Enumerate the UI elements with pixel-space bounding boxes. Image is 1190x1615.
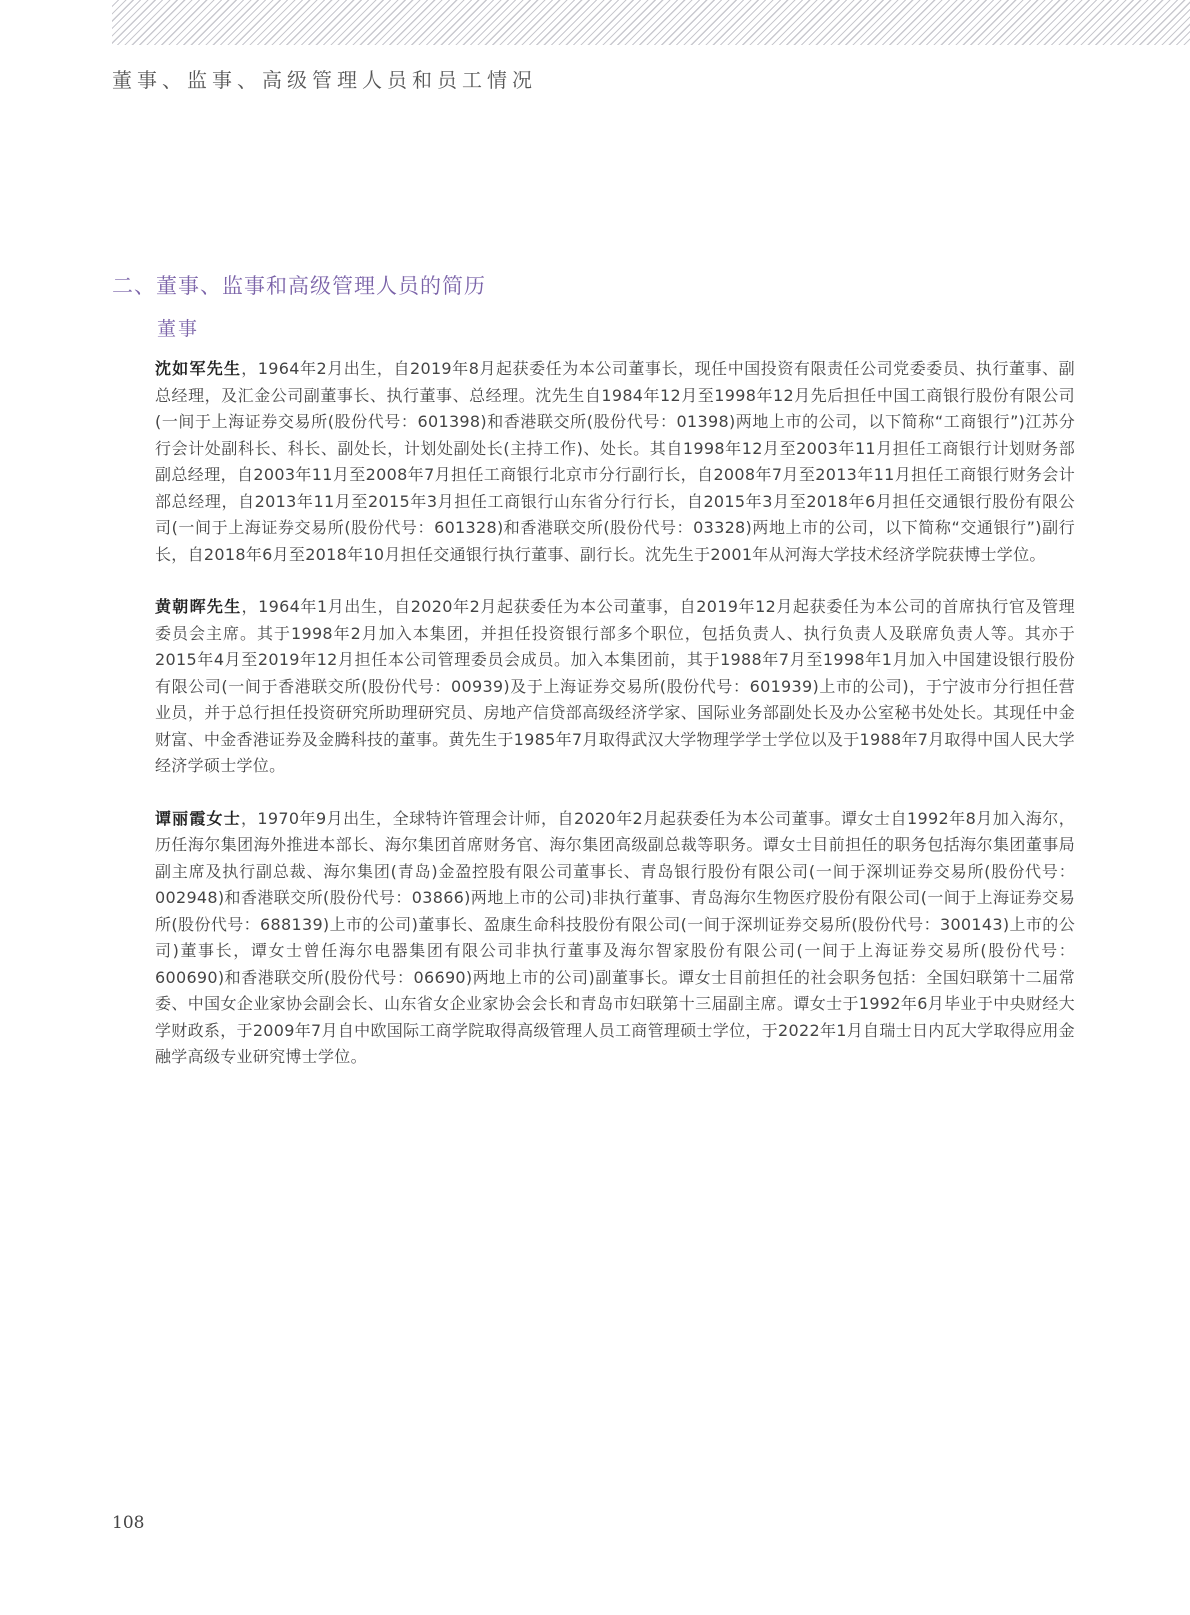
decorative-hatch-banner (112, 0, 1190, 45)
director-name: 沈如军先生 (155, 359, 241, 378)
bio-paragraph: 沈如军先生，1964年2月出生，自2019年8月起获委任为本公司董事长，现任中国… (155, 356, 1075, 568)
director-name: 黄朝晖先生 (155, 597, 242, 616)
director-bios: 沈如军先生，1964年2月出生，自2019年8月起获委任为本公司董事长，现任中国… (155, 356, 1075, 1097)
bio-text: ，1964年2月出生，自2019年8月起获委任为本公司董事长，现任中国投资有限责… (155, 359, 1075, 564)
running-header-title: 董事、监事、高级管理人员和员工情况 (112, 64, 537, 93)
bio-text: ，1964年1月出生，自2020年2月起获委任为本公司董事，自2019年12月起… (155, 597, 1075, 775)
subsection-title-directors: 董事 (157, 314, 199, 341)
bio-paragraph: 黄朝晖先生，1964年1月出生，自2020年2月起获委任为本公司董事，自2019… (155, 594, 1075, 780)
bio-text: ，1970年9月出生，全球特许管理会计师，自2020年2月起获委任为本公司董事。… (155, 809, 1075, 1067)
page-number: 108 (112, 1513, 144, 1533)
director-name: 谭丽霞女士 (155, 809, 241, 828)
bio-paragraph: 谭丽霞女士，1970年9月出生，全球特许管理会计师，自2020年2月起获委任为本… (155, 806, 1075, 1071)
section-title: 二、董事、监事和高级管理人员的简历 (112, 270, 486, 300)
